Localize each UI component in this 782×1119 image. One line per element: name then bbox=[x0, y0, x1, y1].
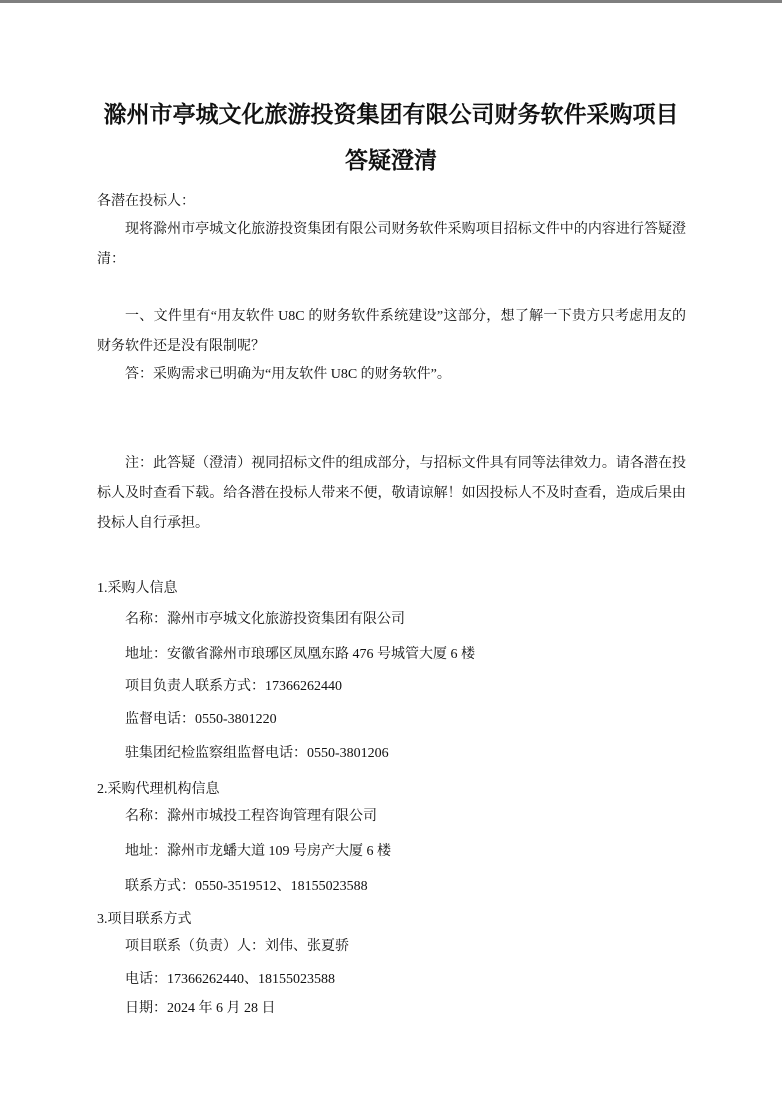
agency-name: 名称：滁州市城投工程咨询管理有限公司 bbox=[125, 809, 377, 825]
top-edge-bar bbox=[0, 0, 782, 3]
section-1-heading: 1.采购人信息 bbox=[97, 581, 178, 597]
intro-line-1: 现将滁州市亭城文化旅游投资集团有限公司财务软件采购项目招标文件中的内容进行答疑澄 bbox=[97, 215, 686, 245]
purchaser-name: 名称：滁州市亭城文化旅游投资集团有限公司 bbox=[125, 612, 405, 628]
answer-paragraph: 答：采购需求已明确为“用友软件 U8C 的财务软件”。 bbox=[97, 360, 686, 390]
project-contact-phone: 电话：17366262440、18155023588 bbox=[125, 972, 335, 988]
document-page: 滁州市亭城文化旅游投资集团有限公司财务软件采购项目 答疑澄清 各潜在投标人： 现… bbox=[0, 0, 782, 1119]
agency-contact: 联系方式：0550-3519512、18155023588 bbox=[125, 879, 368, 895]
salutation: 各潜在投标人： bbox=[97, 194, 195, 210]
purchaser-manager-contact: 项目负责人联系方式：17366262440 bbox=[125, 679, 342, 695]
question-paragraph: 一、文件里有“用友软件 U8C 的财务软件系统建设”这部分，想了解一下贵方只考虑… bbox=[97, 302, 686, 362]
discipline-supervision-phone: 驻集团纪检监察组监督电话：0550-3801206 bbox=[125, 746, 389, 762]
supervision-phone: 监督电话：0550-3801220 bbox=[125, 712, 277, 728]
answer-line: 答：采购需求已明确为“用友软件 U8C 的财务软件”。 bbox=[97, 360, 686, 390]
note-line-2: 标人及时查看下载。给各潜在投标人带来不便，敬请谅解！如因投标人不及时查看，造成后… bbox=[97, 479, 686, 509]
document-date: 日期：2024 年 6 月 28 日 bbox=[125, 1001, 276, 1017]
intro-line-2: 清： bbox=[97, 245, 686, 275]
document-title-line2: 答疑澄清 bbox=[0, 149, 782, 172]
document-title-line1: 滁州市亭城文化旅游投资集团有限公司财务软件采购项目 bbox=[0, 103, 782, 126]
agency-address: 地址：滁州市龙蟠大道 109 号房产大厦 6 楼 bbox=[125, 844, 391, 860]
note-line-1: 注：此答疑（澄清）视同招标文件的组成部分，与招标文件具有同等法律效力。请各潜在投 bbox=[97, 449, 686, 479]
note-paragraph: 注：此答疑（澄清）视同招标文件的组成部分，与招标文件具有同等法律效力。请各潜在投… bbox=[97, 449, 686, 539]
section-3-heading: 3.项目联系方式 bbox=[97, 912, 192, 928]
note-line-3: 投标人自行承担。 bbox=[97, 509, 686, 539]
purchaser-address: 地址：安徽省滁州市琅琊区凤凰东路 476 号城管大厦 6 楼 bbox=[125, 647, 475, 663]
section-2-heading: 2.采购代理机构信息 bbox=[97, 782, 220, 798]
project-contact-person: 项目联系（负责）人：刘伟、张夏骄 bbox=[125, 939, 349, 955]
question-line-1: 一、文件里有“用友软件 U8C 的财务软件系统建设”这部分，想了解一下贵方只考虑… bbox=[97, 302, 686, 332]
question-line-2: 财务软件还是没有限制呢？ bbox=[97, 332, 686, 362]
intro-paragraph: 现将滁州市亭城文化旅游投资集团有限公司财务软件采购项目招标文件中的内容进行答疑澄… bbox=[97, 215, 686, 275]
